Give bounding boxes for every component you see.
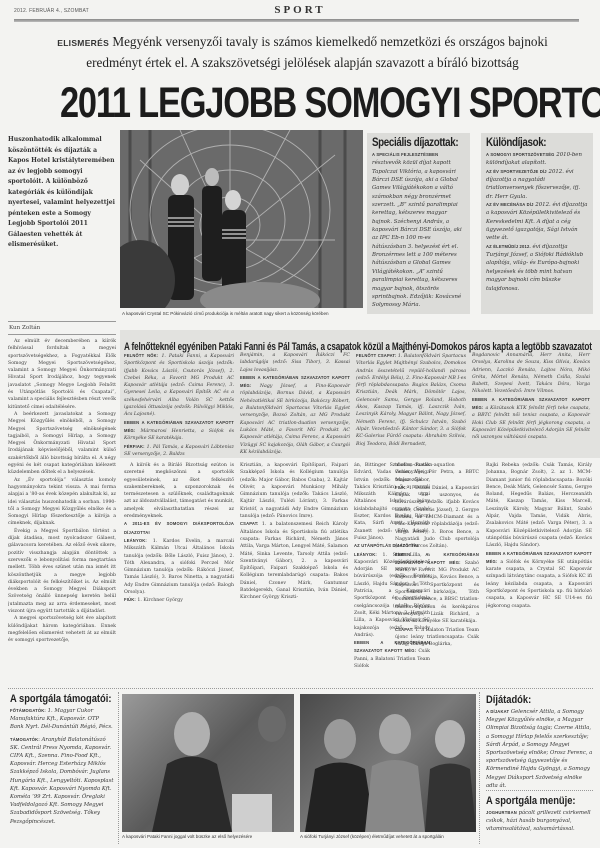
paragraph: A kiírók és a Bíráló Bizottság ezúton is…	[124, 462, 234, 520]
category-text: Szabó Márk, a Favorit MG Produkt AC Kapo…	[395, 561, 479, 624]
category-kicker: CSAPAT:	[395, 627, 414, 632]
menu-kicker: JOGHURTBAN	[486, 810, 517, 815]
special-awards-box: Speciális díjazottak: A SPECIÁLIS FEJLES…	[367, 133, 470, 314]
header-rule	[14, 19, 579, 22]
youth-col-1: A kiírók és a Bíráló Bizottság ezúton is…	[124, 462, 234, 684]
youth-col-2: Krisztián, a kaposvári Építőipari, Faipa…	[240, 462, 348, 684]
bottom-left-caption: A kaposvári Pataki Fanni joggal volt büs…	[122, 834, 252, 839]
category-text: 1. Balatonföldvári Spartacus Vitorlás Eg…	[356, 354, 466, 447]
prize-kicker: AZ ÉV SPORTVEZETŐJE DÍJ	[486, 169, 547, 174]
column-divider	[118, 692, 119, 844]
section-divider	[8, 688, 593, 689]
lede: ELISMERÉS Megyénk versenyzői tavaly is s…	[30, 32, 575, 73]
paragraph: Az elmúlt év decemberében a kiírók felhí…	[8, 338, 116, 411]
category-kicker: FELNŐTT NŐK:	[124, 353, 158, 358]
category-text: Krisztián, a kaposvári Építőipari, Faipa…	[240, 463, 348, 519]
photo-illustration	[122, 694, 294, 832]
spider-web-illustration	[120, 130, 363, 308]
photo-turjanyi-jozsef	[300, 694, 476, 832]
section-divider	[486, 790, 593, 791]
category-text: Rajki Rebeka (edzők: Csák Tamás, Király …	[486, 463, 592, 548]
sponsors-title: A sportgála támogatói:	[10, 693, 98, 705]
menu-title: A sportgála menüje:	[486, 795, 578, 807]
special-awards-kicker: A SPECIÁLIS FEJLESZTÉSBEN	[372, 152, 438, 157]
presenters-title: Díjátadók:	[486, 694, 578, 706]
adult-col-4: Bogdanovic Annamária, Herr Anita, Herr O…	[472, 352, 590, 442]
main-column: Az elmúlt év decemberében a kiírók felhí…	[8, 338, 116, 693]
menu-box: A sportgála menüje: JOGHURTBAN pácolt gr…	[486, 795, 594, 834]
paragraph: A megyei sportszövetség két éve alapítot…	[8, 615, 116, 644]
article-intro: Huszonhatodik alkalommal köszöntötték és…	[8, 135, 116, 251]
main-photo-caption: A kaposvári Crystal SC Pókinvázió című p…	[122, 311, 329, 316]
category-kicker: LEÁNYOK:	[124, 538, 147, 543]
paragraph: Az „Év sportolója” választás komoly hagy…	[8, 477, 116, 528]
youth-col-5: Rajki Rebeka (edzők: Csák Tamás, Király …	[486, 462, 592, 684]
column-divider	[479, 692, 480, 844]
photo-illustration	[300, 694, 476, 832]
category-kicker: FIÚK:	[395, 485, 407, 490]
lede-kicker: ELISMERÉS	[57, 38, 109, 48]
prize-kicker: AZ ÉLETMŰDÍJ 2012.	[486, 244, 531, 249]
category-kicker: FIÚK:	[124, 597, 136, 602]
category-kicker: FELNŐTT CSAPAT:	[356, 353, 396, 358]
prize-kicker: A SOMOGYI SPORTSZÖVETSÉG	[486, 152, 555, 157]
sponsors-main-kicker: FŐTÁMOGATÓK:	[10, 708, 46, 713]
bottom-right-caption: A siófoki Turjányi József (középen) élet…	[300, 834, 444, 839]
adult-col-3: FELNŐTT CSAPAT: 1. Balatonföldvári Spart…	[356, 352, 466, 448]
photo-pataki-fanni	[122, 694, 294, 832]
prize-kicker: AZ ÉV MECÉNÁSA DÍJ	[486, 202, 534, 207]
sponsors-text: Aranyhíd Balatonátúszó SK. Centrál Press…	[10, 737, 113, 825]
lede-text: Megyénk versenyzői tavaly is számos kiem…	[86, 34, 548, 70]
category-kicker: A 2011-ES ÉV SOMOGYI DIÁKSPORTOLÓJA DÍJA…	[124, 521, 234, 534]
category-text: 1. Dudás Dániel, a Kaposvári Cápák SE us…	[395, 486, 479, 549]
category-kicker: FÉRFIAK:	[124, 444, 145, 449]
byline: Kun Zoltán	[8, 321, 116, 335]
paragraph: Évekig a Megyei Sportbálon történt a díj…	[8, 528, 116, 616]
presenters-text: Gelencsér Attila, a Somogy Megyei Közgyű…	[486, 709, 592, 789]
paragraph: A beérkezett javaslatokat a Somogy Megye…	[8, 411, 116, 477]
special-awards-text: résztvevők közül díjat kapott Tapolczai …	[372, 160, 462, 308]
category-text: 1. a balatonszemesi Reich Károly Általán…	[240, 522, 348, 600]
category-text: Benjámin, a Kaposvári Rákóczi FC labdarú…	[240, 353, 350, 373]
category-text: 1. Pataki Fanni, a Kaposvári Sportközpon…	[124, 354, 234, 417]
presenters-box: Díjátadók: A DÍJAKAT Gelencsér Attila, a…	[486, 694, 594, 790]
youth-col-4: triatlon-duatlon-aquatlon versenyzője, P…	[395, 462, 479, 684]
category-kicker: CSAPAT:	[240, 521, 259, 526]
adult-col-2: Benjámin, a Kaposvári Rákóczi FC labdarú…	[240, 352, 350, 456]
category-kicker: LEÁNYOK:	[354, 552, 377, 557]
adult-col-1: FELNŐTT NŐK: 1. Pataki Fanni, a Kaposvár…	[124, 352, 234, 458]
page-headline: 2011 LEGJOBB SOMOGYI SPORTOLÓI	[60, 79, 540, 127]
category-text: Bogdanovic Annamária, Herr Anita, Herr O…	[472, 353, 590, 394]
main-photo-spider-dance	[120, 130, 363, 308]
sponsors-box: A sportgála támogatói: FŐTÁMOGATÓK: 1. M…	[10, 693, 114, 826]
category-text: 1. Kirchner György	[137, 598, 182, 603]
sponsors-kicker: TÁMOGATÓK:	[10, 737, 40, 742]
special-prizes-box: Különdíjasok: A SOMOGYI SPORTSZÖVETSÉG 2…	[481, 133, 593, 314]
category-text: a Siófok és Környéke SE utánpótlás karat…	[486, 560, 592, 609]
category-text: a Közútasok KTK felnőtt férfi teke csapa…	[472, 406, 590, 440]
special-prizes-title: Különdíjasok:	[486, 137, 573, 149]
category-text: Mármarosi Henrietta, a Siófok és Környék…	[124, 429, 234, 441]
special-awards-title: Speciális díjazottak:	[372, 137, 451, 149]
category-text: 1. Kardos Evelin, a marcali Mikszáth Kál…	[124, 539, 234, 595]
category-text: triatlon-duatlon-aquatlon versenyzője, P…	[395, 463, 479, 483]
prize-text: 2012. évi díjazottja a kaposvári Középül…	[486, 202, 587, 241]
section-title: SPORT	[0, 4, 600, 16]
category-text: Nagy József, a Fino-Kaposvár röplabdázój…	[240, 384, 350, 455]
presenters-kicker: A DÍJAKAT	[486, 709, 509, 714]
prize-text: évi díjazottja Turjányi József, a Siófok…	[486, 244, 583, 292]
